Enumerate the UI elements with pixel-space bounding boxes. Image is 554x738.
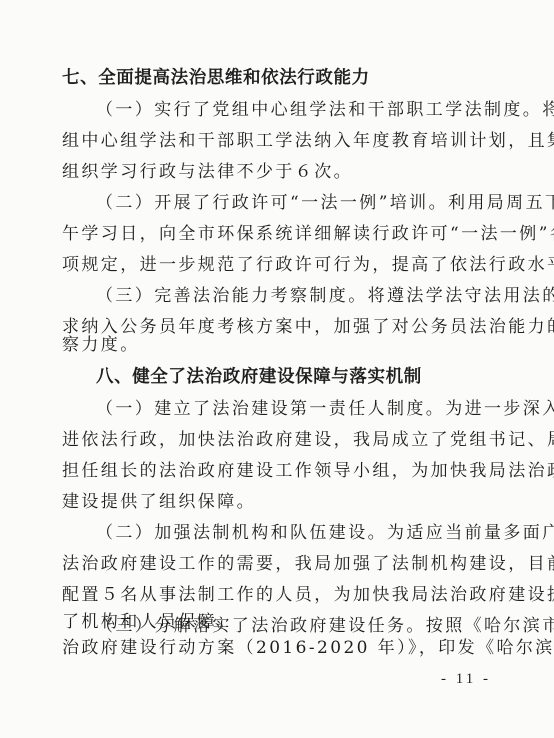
paragraph-line: （一）建立了法治建设第一责任人制度。为进一步深入推 xyxy=(96,399,488,419)
section-heading-8: 八、健全了法治政府建设保障与落实机制 xyxy=(96,367,488,387)
paragraph-line: 配置５名从事法制工作的人员，为加快我局法治政府建设提供 xyxy=(62,585,488,605)
paragraph-line: 进依法行政，加快法治政府建设，我局成立了党组书记、局长 xyxy=(62,430,488,450)
paragraph-line: （三）分解落实了法治政府建设任务。按照《哈尔滨市法 xyxy=(96,616,488,636)
section-heading-7: 七、全面提高法治思维和依法行政能力 xyxy=(62,68,488,88)
page-number: - 11 - xyxy=(441,671,491,688)
paragraph-line: （二）开展了行政许可“一法一例”培训。利用局周五下 xyxy=(96,193,488,213)
paragraph-line: （三）完善法治能力考察制度。将遵法学法守法用法的要 xyxy=(96,286,488,306)
paragraph-line: 建设提供了组织保障。 xyxy=(62,492,488,512)
paragraph-line: 治政府建设行动方案（2016-2020 年）》，印发《哈尔滨市环 xyxy=(62,638,488,658)
paragraph-line: 项规定，进一步规范了行政许可行为，提高了依法行政水平。 xyxy=(62,255,488,275)
paragraph-line: 组中心组学法和干部职工学法纳入年度教育培训计划，且集中 xyxy=(62,131,488,151)
paragraph-line: （二）加强法制机构和队伍建设。为适应当前量多面广的 xyxy=(96,523,488,543)
paragraph-line: 组织学习行政与法律不少于６次。 xyxy=(62,162,488,182)
paragraph-line: 察力度。 xyxy=(62,335,488,355)
paragraph-line: 法治政府建设工作的需要，我局加强了法制机构建设，目前已 xyxy=(62,554,488,574)
paragraph-line: 求纳入公务员年度考核方案中，加强了对公务员法治能力的考 xyxy=(62,317,488,337)
paragraph-line: 午学习日，向全市环保系统详细解读行政许可“一法一例”各 xyxy=(62,224,488,244)
paragraph-line: 担任组长的法治政府建设工作领导小组，为加快我局法治政府 xyxy=(62,461,488,481)
paragraph-line: （一）实行了党组中心组学法和干部职工学法制度。将党 xyxy=(96,100,488,120)
document-page: 七、全面提高法治思维和依法行政能力 （一）实行了党组中心组学法和干部职工学法制度… xyxy=(0,0,554,738)
